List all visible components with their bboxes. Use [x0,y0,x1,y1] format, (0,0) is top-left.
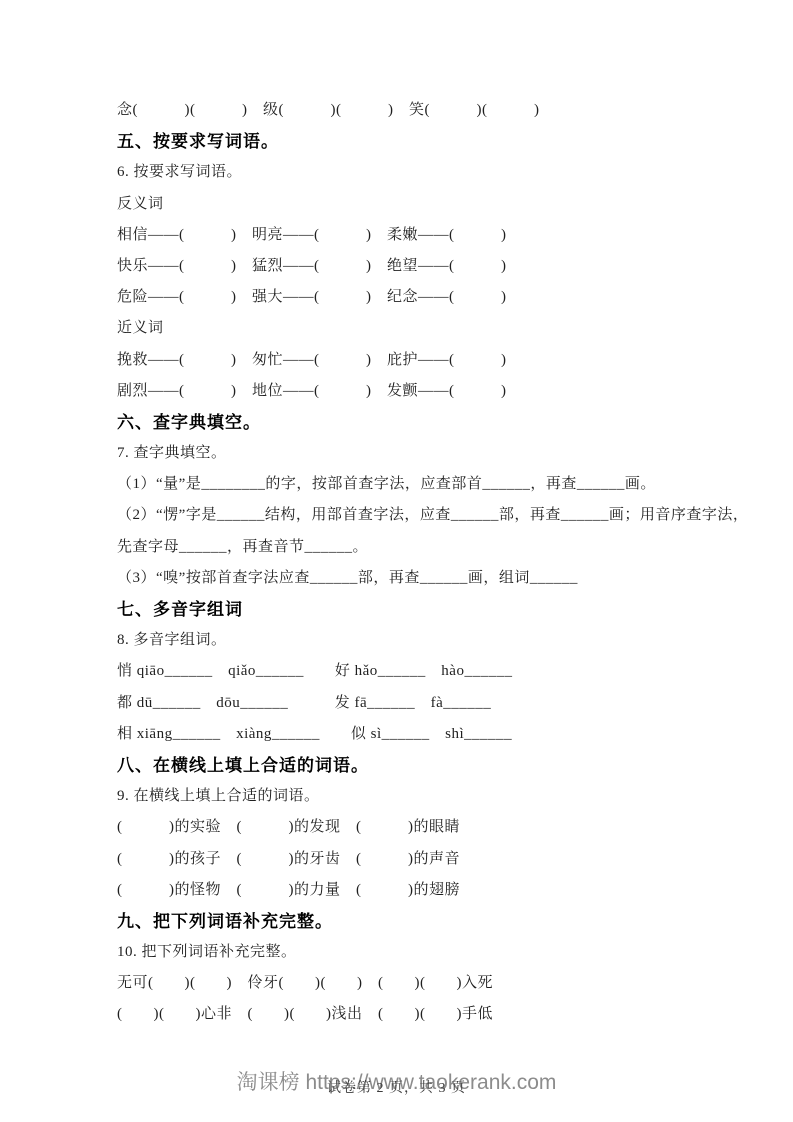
page-footer: 淘课榜 https://www.taokerank.com 试卷第 2 页，共 … [0,1062,793,1102]
question-10-text: 10. 把下列词语补充完整。 [117,937,717,968]
idiom-fill-row-1: 无可( )( ) 伶牙( )( ) ( )( )入死 [117,968,717,999]
antonyms-label: 反义词 [117,189,717,220]
word-group-continuation-row: 念( )( ) 级( )( ) 笑( )( ) [117,95,717,126]
section-5-write-words: 五、按要求写词语。 6. 按要求写词语。 反义词 相信——( ) 明亮——( )… [117,126,717,407]
polyphone-row-2: 都 dū______ dōu______ 发 fā______ fà______ [117,688,717,719]
polyphone-row-3: 相 xiāng______ xiàng______ 似 sì______ shì… [117,719,717,750]
antonym-row-3: 危险——( ) 强大——( ) 纪念——( ) [117,282,717,313]
dictionary-item-2-continued: 先查字母______，再查音节______。 [117,532,717,563]
section-8-heading: 八、在横线上填上合适的词语。 [117,750,717,781]
polyphone-row-1: 悄 qiāo______ qiǎo______ 好 hǎo______ hào_… [117,656,717,687]
section-8-fill-words: 八、在横线上填上合适的词语。 9. 在横线上填上合适的词语。 ( )的实验 ( … [117,750,717,906]
synonym-row-1: 挽救——( ) 匆忙——( ) 庇护——( ) [117,345,717,376]
page-content: 念( )( ) 级( )( ) 笑( )( ) 五、按要求写词语。 6. 按要求… [117,95,717,1031]
synonym-row-2: 剧烈——( ) 地位——( ) 发颤——( ) [117,376,717,407]
question-6-text: 6. 按要求写词语。 [117,157,717,188]
page-number-label: 试卷第 2 页，共 3 页 [0,1077,793,1097]
antonym-row-1: 相信——( ) 明亮——( ) 柔嫩——( ) [117,220,717,251]
section-9-heading: 九、把下列词语补充完整。 [117,906,717,937]
section-6-dictionary: 六、查字典填空。 7. 查字典填空。 （1）“量”是________的字，按部首… [117,407,717,594]
phrase-fill-row-1: ( )的实验 ( )的发现 ( )的眼睛 [117,812,717,843]
antonym-row-2: 快乐——( ) 猛烈——( ) 绝望——( ) [117,251,717,282]
question-7-text: 7. 查字典填空。 [117,438,717,469]
section-5-heading: 五、按要求写词语。 [117,126,717,157]
phrase-fill-row-3: ( )的怪物 ( )的力量 ( )的翅膀 [117,875,717,906]
dictionary-item-2: （2）“愣”字是______结构，用部首查字法，应查______部，再查____… [117,500,717,531]
idiom-fill-row-2: ( )( )心非 ( )( )浅出 ( )( )手低 [117,999,717,1030]
dictionary-item-3: （3）“嗅”按部首查字法应查______部，再查______画，组词______ [117,563,717,594]
synonyms-label: 近义词 [117,313,717,344]
section-6-heading: 六、查字典填空。 [117,407,717,438]
question-9-text: 9. 在横线上填上合适的词语。 [117,781,717,812]
section-9-complete-idioms: 九、把下列词语补充完整。 10. 把下列词语补充完整。 无可( )( ) 伶牙(… [117,906,717,1031]
section-7-heading: 七、多音字组词 [117,594,717,625]
exam-paper-page: 念( )( ) 级( )( ) 笑( )( ) 五、按要求写词语。 6. 按要求… [0,0,793,1122]
question-8-text: 8. 多音字组词。 [117,625,717,656]
dictionary-item-1: （1）“量”是________的字，按部首查字法，应查部首______，再查__… [117,469,717,500]
section-7-polyphones: 七、多音字组词 8. 多音字组词。 悄 qiāo______ qiǎo_____… [117,594,717,750]
phrase-fill-row-2: ( )的孩子 ( )的牙齿 ( )的声音 [117,844,717,875]
